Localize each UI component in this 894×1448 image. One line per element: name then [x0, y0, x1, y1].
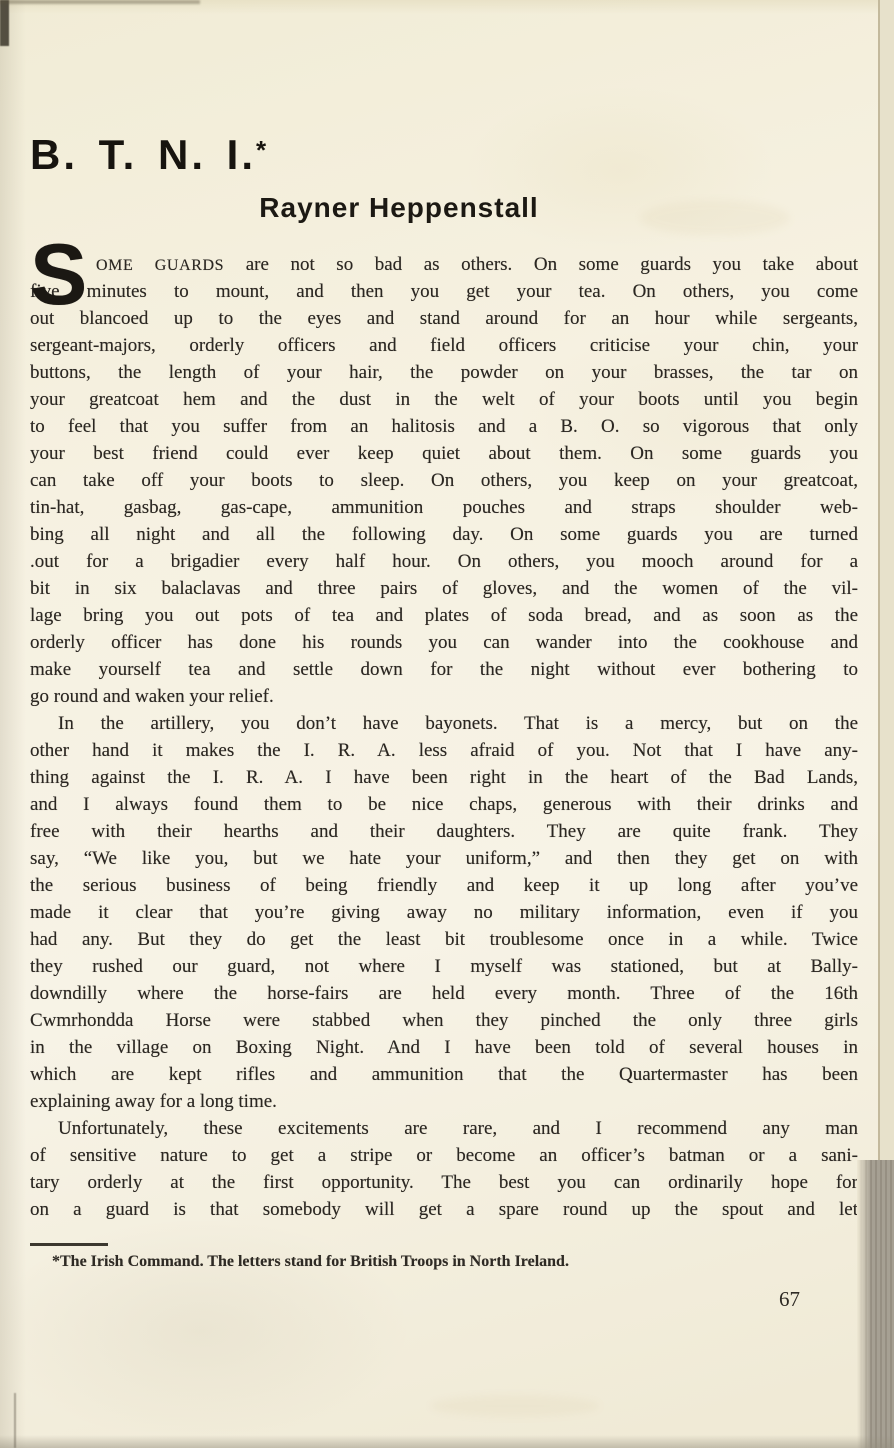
text-line: other hand it makes the I. R. A. less af…	[30, 737, 858, 764]
paragraph-1: OME GUARDS are not so bad as others. On …	[30, 251, 858, 710]
text-line: tin-hat, gasbag, gas-cape, ammunition po…	[30, 494, 858, 521]
text-line: go round and waken your relief.	[30, 683, 858, 710]
text-line: .out for a brigadier every half hour. On…	[30, 548, 858, 575]
article-title-text: B. T. N. I.	[30, 131, 256, 178]
scan-artifact-bottom-left	[14, 1393, 16, 1448]
paragraph-3-lines: Unfortunately, these excitements are rar…	[30, 1115, 858, 1223]
text-line: made it clear that you’re giving away no…	[30, 899, 858, 926]
author-name: Rayner Heppenstall	[0, 191, 813, 225]
text-line: which are kept rifles and ammunition tha…	[30, 1061, 858, 1088]
text-line: OME GUARDS are not so bad as others. On …	[30, 251, 858, 278]
show-through-smudge	[430, 1395, 600, 1417]
text-segment: are not so bad as others. On some guards…	[224, 254, 858, 275]
text-line: your best friend could ever keep quiet a…	[30, 440, 858, 467]
scanned-book-page: B. T. N. I.* Rayner Heppenstall S OME GU…	[0, 0, 894, 1448]
text-line: tary orderly at the first opportunity. T…	[30, 1169, 858, 1196]
text-line: In the artillery, you don’t have bayonet…	[30, 710, 858, 737]
text-line: on a guard is that somebody will get a s…	[30, 1196, 858, 1223]
page-edge-right-shadow	[857, 1160, 894, 1448]
text-line: explaining away for a long time.	[30, 1088, 858, 1115]
text-line: Unfortunately, these excitements are rar…	[30, 1115, 858, 1142]
page-number: 67	[30, 1287, 800, 1312]
text-line: say, “We like you, but we hate your unif…	[30, 845, 858, 872]
footnote-marker: *	[256, 135, 266, 165]
text-line: bit in six balaclavas and three pairs of…	[30, 575, 858, 602]
text-line: Cwmrhondda Horse were stabbed when they …	[30, 1007, 858, 1034]
text-line: had any. But they do get the least bit t…	[30, 926, 858, 953]
text-line: your greatcoat hem and the dust in the w…	[30, 386, 858, 413]
paragraph-1-lines: five minutes to mount, and then you get …	[30, 278, 858, 710]
text-line: the serious business of being friendly a…	[30, 872, 858, 899]
article-body: S OME GUARDS are not so bad as others. O…	[30, 251, 858, 1223]
drop-cap: S	[30, 244, 87, 306]
article-title: B. T. N. I.*	[30, 0, 858, 177]
text-line: downdilly where the horse-fairs are held…	[30, 980, 858, 1007]
scan-shadow-bottom	[0, 1435, 894, 1448]
page-edge-left-shade	[0, 0, 26, 1448]
text-line: they rushed our guard, not where I mysel…	[30, 953, 858, 980]
text-line: make yourself tea and settle down for th…	[30, 656, 858, 683]
paragraph-2: In the artillery, you don’t have bayonet…	[30, 710, 858, 1115]
text-line: and I always found them to be nice chaps…	[30, 791, 858, 818]
footnote-text: *The Irish Command. The letters stand fo…	[30, 1253, 858, 1271]
text-line: to feel that you suffer from an halitosi…	[30, 413, 858, 440]
text-line: buttons, the length of your hair, the po…	[30, 359, 858, 386]
text-line: five minutes to mount, and then you get …	[30, 278, 858, 305]
text-line: bing all night and all the following day…	[30, 521, 858, 548]
footnote-rule	[30, 1243, 108, 1246]
text-line: in the village on Boxing Night. And I ha…	[30, 1034, 858, 1061]
small-caps-opening: OME GUARDS	[96, 257, 224, 274]
paragraph-2-lines: In the artillery, you don’t have bayonet…	[30, 710, 858, 1115]
scan-shadow-top	[0, 0, 200, 4]
text-line: sergeant-majors, orderly officers and fi…	[30, 332, 858, 359]
page-edge-right	[878, 0, 894, 1160]
text-line: out blancoed up to the eyes and stand ar…	[30, 305, 858, 332]
text-line: lage bring you out pots of tea and plate…	[30, 602, 858, 629]
text-line: free with their hearths and their daught…	[30, 818, 858, 845]
text-line: orderly officer has done his rounds you …	[30, 629, 858, 656]
text-line: thing against the I. R. A. I have been r…	[30, 764, 858, 791]
page-content: B. T. N. I.* Rayner Heppenstall S OME GU…	[30, 0, 858, 1312]
paragraph-3: Unfortunately, these excitements are rar…	[30, 1115, 858, 1223]
text-line: of sensitive nature to get a stripe or b…	[30, 1142, 858, 1169]
text-line: can take off your boots to sleep. On oth…	[30, 467, 858, 494]
